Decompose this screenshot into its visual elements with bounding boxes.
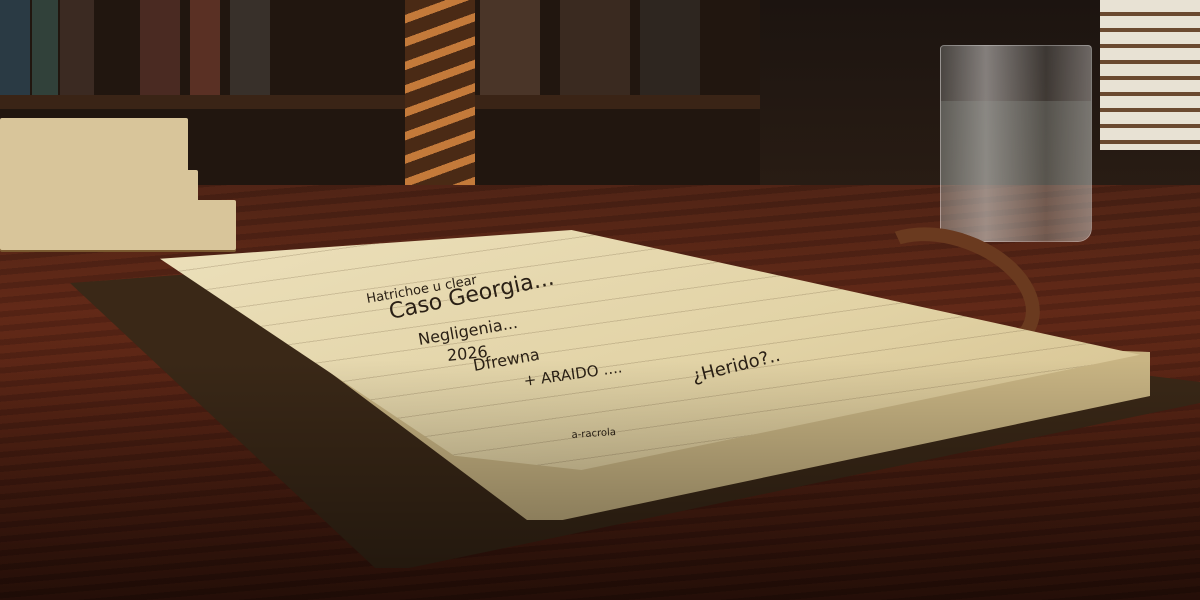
- book-spine: [480, 0, 540, 95]
- book-spine: [0, 0, 30, 95]
- stacked-book: [0, 118, 188, 176]
- stacked-book: [0, 200, 236, 250]
- book-spine: [560, 0, 630, 95]
- water-glass: [940, 45, 1092, 242]
- book-spine: [230, 0, 270, 95]
- book-spine: [640, 0, 700, 95]
- book-spine: [140, 0, 180, 95]
- shelf-board: [0, 95, 760, 109]
- foreground-shadow: [0, 360, 1200, 600]
- book-spine: [60, 0, 94, 95]
- book-spine: [32, 0, 58, 95]
- sunlit-pillar: [405, 0, 475, 205]
- book-spine: [190, 0, 220, 95]
- desk-scene: Hatrichoe u clear Caso Georgia... Neglig…: [0, 0, 1200, 600]
- window-blinds: [1100, 0, 1200, 150]
